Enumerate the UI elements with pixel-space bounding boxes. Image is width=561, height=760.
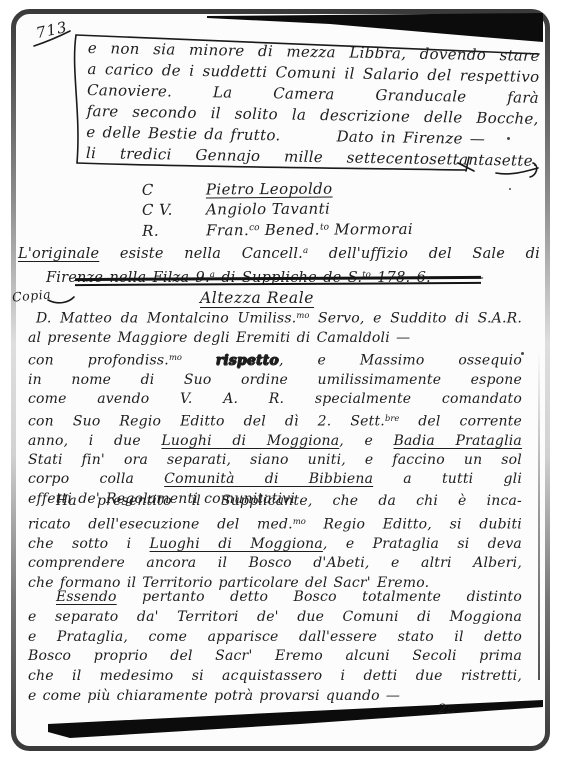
text-segment: con Suo Regio Editto del dì 2. Sett. bbox=[28, 414, 385, 430]
text-segment: mo bbox=[296, 310, 309, 320]
handwritten-line: come avendo V. A. R. specialmente comand… bbox=[28, 390, 522, 409]
text-segment: Luoghi di Moggiona bbox=[161, 433, 339, 449]
text-segment: co bbox=[249, 223, 260, 233]
scan-speck bbox=[521, 352, 524, 355]
handwritten-line: al presente Maggiore degli Eremiti di Ca… bbox=[28, 329, 522, 348]
text-segment: Angiolo Tavanti bbox=[206, 199, 330, 218]
scan-speck bbox=[509, 188, 511, 190]
text-segment bbox=[280, 140, 336, 141]
scan-speck bbox=[507, 137, 510, 140]
text-segment: a tutti gli bbox=[373, 471, 522, 487]
scan-speck bbox=[497, 252, 500, 255]
handwritten-line: ricato dell'esecuzione del med.mo Regio … bbox=[28, 512, 522, 535]
handwritten-line: con Suo Regio Editto del dì 2. Sett.bre … bbox=[28, 409, 522, 432]
handwritten-line: Essendo pertanto detto Bosco totalmente … bbox=[28, 588, 522, 608]
handwritten-line: CPietro Leopoldo bbox=[126, 179, 413, 201]
handwritten-line: comprendere ancora il Bosco d'Abeti, e a… bbox=[28, 554, 522, 574]
handwritten-line: in nome di Suo ordine umilissimamente es… bbox=[28, 371, 522, 390]
petition-paragraph-2: Ha presentito il Supplicante, che da chi… bbox=[28, 492, 522, 594]
text-segment: D. Matteo da Montalcino Umiliss. bbox=[36, 311, 296, 327]
handwritten-line: Ha presentito il Supplicante, che da chi… bbox=[28, 492, 522, 512]
text-segment: e delle Bestie da frutto. bbox=[86, 123, 281, 144]
text-segment: Comunità di Bibbiena bbox=[164, 471, 373, 487]
text-segment: mo bbox=[293, 516, 306, 526]
text-segment: Luoghi di Moggiona bbox=[150, 536, 323, 552]
text-segment: e Prataglia, come apparisce dall'essere … bbox=[28, 629, 522, 645]
handwritten-line: C V.Angiolo Tavanti bbox=[126, 198, 413, 220]
text-segment: e separato da' Territori de' due Comuni … bbox=[28, 609, 522, 625]
text-segment: C bbox=[126, 180, 206, 200]
text-segment: L'originale bbox=[18, 246, 99, 262]
scanned-document-page: 713 e non sia minore di mezza Libbra, do… bbox=[0, 0, 561, 760]
boxed-decree-paragraph: e non sia minore di mezza Libbra, dovend… bbox=[86, 38, 540, 171]
text-segment: Essendo bbox=[56, 589, 117, 605]
handwritten-line: corpo colla Comunità di Bibbiena a tutti… bbox=[28, 470, 522, 489]
text-segment: e come più chiaramente potrà provarsi qu… bbox=[28, 688, 400, 704]
page-edge-shadow bbox=[538, 350, 540, 680]
text-segment: ricato dell'esecuzione del med. bbox=[28, 516, 293, 532]
handwritten-line: con profondiss.mo rispetto, e Massimo os… bbox=[28, 348, 522, 371]
handwritten-line: L'originale esiste nella Cancell.a dell'… bbox=[18, 241, 540, 265]
text-segment: Pietro Leopoldo bbox=[206, 180, 333, 199]
text-segment: to bbox=[320, 223, 329, 233]
text-segment: al presente Maggiore degli Eremiti di Ca… bbox=[28, 330, 410, 346]
text-segment: in nome di Suo ordine umilissimamente es… bbox=[28, 372, 522, 388]
text-segment: Fran. bbox=[206, 221, 249, 239]
handwritten-line: anno, i due Luoghi di Moggiona, e Badia … bbox=[28, 432, 522, 451]
handwritten-line: che il medesimo si acquistassero i detti… bbox=[28, 667, 522, 687]
text-segment: , e bbox=[339, 433, 393, 449]
handwritten-line: che sotto i Luoghi di Moggiona, e Pratag… bbox=[28, 535, 522, 555]
text-segment: esiste nella Cancell. bbox=[99, 246, 303, 262]
petition-paragraph-3: Essendo pertanto detto Bosco totalmente … bbox=[28, 588, 522, 707]
text-segment: , e Prataglia si deva bbox=[323, 536, 522, 552]
text-segment: anno, i due bbox=[28, 433, 161, 449]
text-segment: Regio Editto, si dubiti bbox=[306, 516, 522, 532]
text-segment: Mormorai bbox=[329, 220, 413, 239]
text-segment: dell'uffizio del Sale di bbox=[308, 246, 540, 262]
signature-block: CPietro LeopoldoC V.Angiolo TavantiR.Fra… bbox=[126, 179, 413, 241]
text-segment: C V. bbox=[126, 200, 206, 220]
text-segment: pertanto detto Bosco totalmente distinto bbox=[117, 589, 522, 605]
text-segment: rispetto bbox=[216, 353, 279, 369]
text-segment: corpo colla bbox=[28, 471, 164, 487]
text-segment: Badia Prataglia bbox=[394, 433, 522, 449]
text-segment: mo bbox=[169, 352, 182, 362]
handwritten-line: D. Matteo da Montalcino Umiliss.mo Servo… bbox=[28, 306, 522, 329]
text-segment: comprendere ancora il Bosco d'Abeti, e a… bbox=[28, 555, 522, 571]
handwritten-line: R.Fran.co Bened.to Mormorai bbox=[126, 218, 413, 241]
text-segment: del corrente bbox=[399, 414, 522, 430]
text-segment: bre bbox=[385, 413, 399, 423]
text-segment: Stati fin' ora separati, siano uniti, e … bbox=[28, 452, 522, 468]
text-segment: come avendo V. A. R. specialmente comand… bbox=[28, 391, 522, 407]
text-segment: Ha presentito il Supplicante, che da chi… bbox=[56, 493, 522, 509]
text-segment: con profondiss. bbox=[28, 353, 169, 369]
handwritten-line: Bosco proprio del Sacr' Eremo alcuni Sec… bbox=[28, 647, 522, 667]
text-segment: , e Massimo ossequio bbox=[279, 353, 522, 369]
handwritten-line: Stati fin' ora separati, siano uniti, e … bbox=[28, 451, 522, 470]
text-segment: Bened. bbox=[259, 221, 320, 239]
salutation-heading: Altezza Reale bbox=[200, 289, 314, 307]
text-segment: che il medesimo si acquistassero i detti… bbox=[28, 668, 522, 684]
text-segment bbox=[182, 353, 216, 369]
petition-paragraph-1: D. Matteo da Montalcino Umiliss.mo Servo… bbox=[28, 306, 522, 509]
text-segment: Dato in Firenze — bbox=[336, 127, 485, 148]
catchword: 2:. bbox=[438, 702, 455, 717]
text-segment: Bosco proprio del Sacr' Eremo alcuni Sec… bbox=[28, 648, 522, 664]
text-segment: Servo, e Suddito di S.A.R. bbox=[309, 311, 522, 327]
handwritten-line: e Prataglia, come apparisce dall'essere … bbox=[28, 628, 522, 648]
text-segment: che sotto i bbox=[28, 536, 150, 552]
handwritten-line: e separato da' Territori de' due Comuni … bbox=[28, 608, 522, 628]
text-segment: R. bbox=[126, 221, 206, 241]
